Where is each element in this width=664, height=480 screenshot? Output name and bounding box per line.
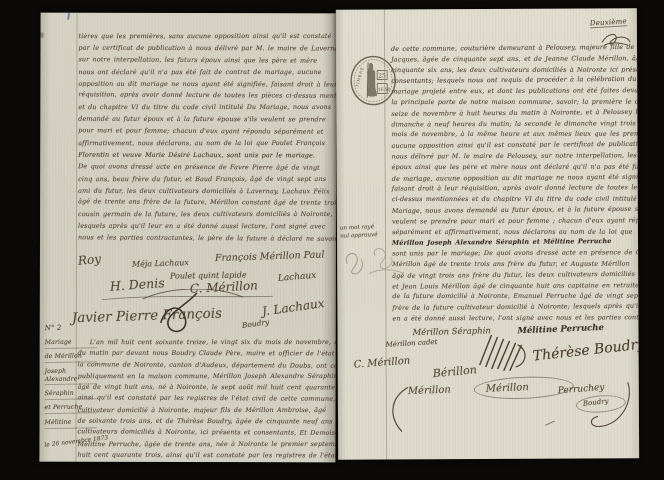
left-page: tières que les premières, sans aucune op… bbox=[39, 13, 336, 463]
handwritten-line: de mariage, aucune opposition au dit mar… bbox=[392, 171, 640, 184]
signature: Roy bbox=[77, 252, 101, 268]
handwritten-line: et du chapitre VI du titre du code civil… bbox=[78, 102, 336, 114]
handwritten-line: nous et les parties contractantes, le pè… bbox=[78, 232, 337, 246]
handwritten-line: de cette commune, couturière demeurant à… bbox=[391, 42, 639, 55]
signature: Thérèse Boudry bbox=[532, 336, 639, 364]
handwritten-line: cinq ans, beau frère du futur, et Baud F… bbox=[78, 174, 336, 186]
signature: Mérillon cadet bbox=[385, 338, 437, 349]
handwritten-line: L'an mil huit cent soixante treize, le v… bbox=[78, 337, 337, 349]
handwritten-line: veulent se prendre pour mari et pour fem… bbox=[392, 215, 639, 227]
handwritten-line: mariage projeté entre eux, et dont les p… bbox=[391, 85, 639, 97]
stamp-value-top: 25 bbox=[378, 73, 386, 80]
pencil-paraph-marks bbox=[341, 245, 407, 279]
handwritten-line: publiquement en la maison commune, Méril… bbox=[78, 371, 337, 383]
act-1-continuation-text: tières que les premières, sans aucune op… bbox=[78, 31, 337, 246]
handwritten-line: Florentin et veuve Marie Désiré Lachaux,… bbox=[78, 150, 336, 163]
handwritten-line: la commune de Noironte, canton d'Audeux,… bbox=[78, 359, 337, 372]
signature: Méja Lachaux bbox=[132, 258, 189, 269]
signature: François Mérillon Paul bbox=[215, 249, 325, 264]
stamp-rim-text: TIMBRE bbox=[354, 66, 364, 89]
stray-pen-mark bbox=[545, 421, 555, 427]
handwritten-line: seize de novembre à huit heures du matin… bbox=[391, 107, 639, 120]
scanned-register-photo: tières que les premières, sans aucune op… bbox=[0, 0, 664, 480]
handwritten-line: huit cent quarante trois, ainsi qu'il es… bbox=[77, 450, 336, 462]
right-swash bbox=[584, 380, 636, 432]
act-2-opening-text: L'an mil huit cent soixante treize, le v… bbox=[77, 337, 336, 462]
annotation-line: nul approuvé bbox=[340, 231, 388, 241]
signature: Bérillon bbox=[432, 363, 477, 380]
handwritten-line: nous ont déclaré qu'il n'a pas été fait … bbox=[78, 67, 336, 79]
handwritten-line: âgé de vingt trois ans frère du futur, l… bbox=[392, 269, 639, 282]
handwritten-line: tières que les premières, sans aucune op… bbox=[79, 31, 337, 43]
blue-ink-smudge bbox=[67, 13, 70, 20]
handwritten-line: sont unis par le mariage; De quoi avons … bbox=[392, 247, 639, 259]
act-1-signature-block: Roy Méja Lachaux François Mérillon Paul … bbox=[41, 13, 337, 14]
handwritten-line: cousin germain de la future, les deux cu… bbox=[78, 209, 337, 221]
marginal-correction-note: un mot rayé nul approuvé bbox=[340, 223, 389, 241]
underline-swash bbox=[100, 294, 275, 302]
handwritten-line: du matin par devant nous Boudry Claude P… bbox=[78, 348, 337, 360]
signature: C. Mérillon bbox=[353, 355, 410, 370]
act-2-body-text: de cette commune, couturière demeurant à… bbox=[391, 42, 639, 324]
handwritten-line: Jacques, âgée de cinquante sept ans, et … bbox=[391, 53, 639, 65]
right-page: Deuxième 25 1F.50 TIMBRE de cette commun… bbox=[336, 8, 639, 460]
handwritten-line: sur notre interpellation, les futurs épo… bbox=[78, 54, 336, 68]
hatched-scribble-flourish bbox=[478, 331, 538, 371]
signature: Mérillon bbox=[408, 384, 451, 397]
act-number: N° 2 bbox=[45, 324, 97, 333]
handwritten-line: affirmativement, nous déclarons, au nom … bbox=[78, 138, 336, 150]
handwritten-line: ainsi qu'il est constaté par les registr… bbox=[78, 393, 337, 406]
handwritten-line: pour mari et pour femme; chacun d'eux ay… bbox=[78, 125, 336, 139]
stamp-value-bottom: 1F.50 bbox=[378, 87, 391, 93]
handwritten-line: par le certificat de publication à nous … bbox=[78, 43, 336, 56]
signature: Lachaux bbox=[278, 271, 317, 284]
handwritten-line: Mariage, nous avons demandé au futur épo… bbox=[392, 204, 639, 217]
signature-oval-flourish bbox=[473, 375, 574, 401]
handwritten-line: De quoi avons dressé acte en présence de… bbox=[78, 161, 336, 175]
handwritten-line: cultivateurs domiciliés à Noironte, ici … bbox=[77, 427, 336, 440]
handwritten-line: Mélitine Perruche, âgée de trente ans, n… bbox=[77, 439, 336, 451]
act-2-signature-block: Mérillon cadet C. Mérillon Bérillon Thér… bbox=[336, 8, 637, 10]
handwritten-line: époux ainsi que les père et mère nous on… bbox=[392, 161, 640, 172]
stamp-figure bbox=[367, 63, 377, 97]
edge-smudge bbox=[41, 33, 44, 38]
descender-swash bbox=[382, 385, 414, 433]
sheet-label: Deuxième bbox=[590, 17, 627, 28]
handwritten-line: cultivateur domicilié à Noironte, majeur… bbox=[78, 405, 337, 417]
handwritten-line: nous délivré par M. le maire de Pelousey… bbox=[392, 150, 640, 162]
